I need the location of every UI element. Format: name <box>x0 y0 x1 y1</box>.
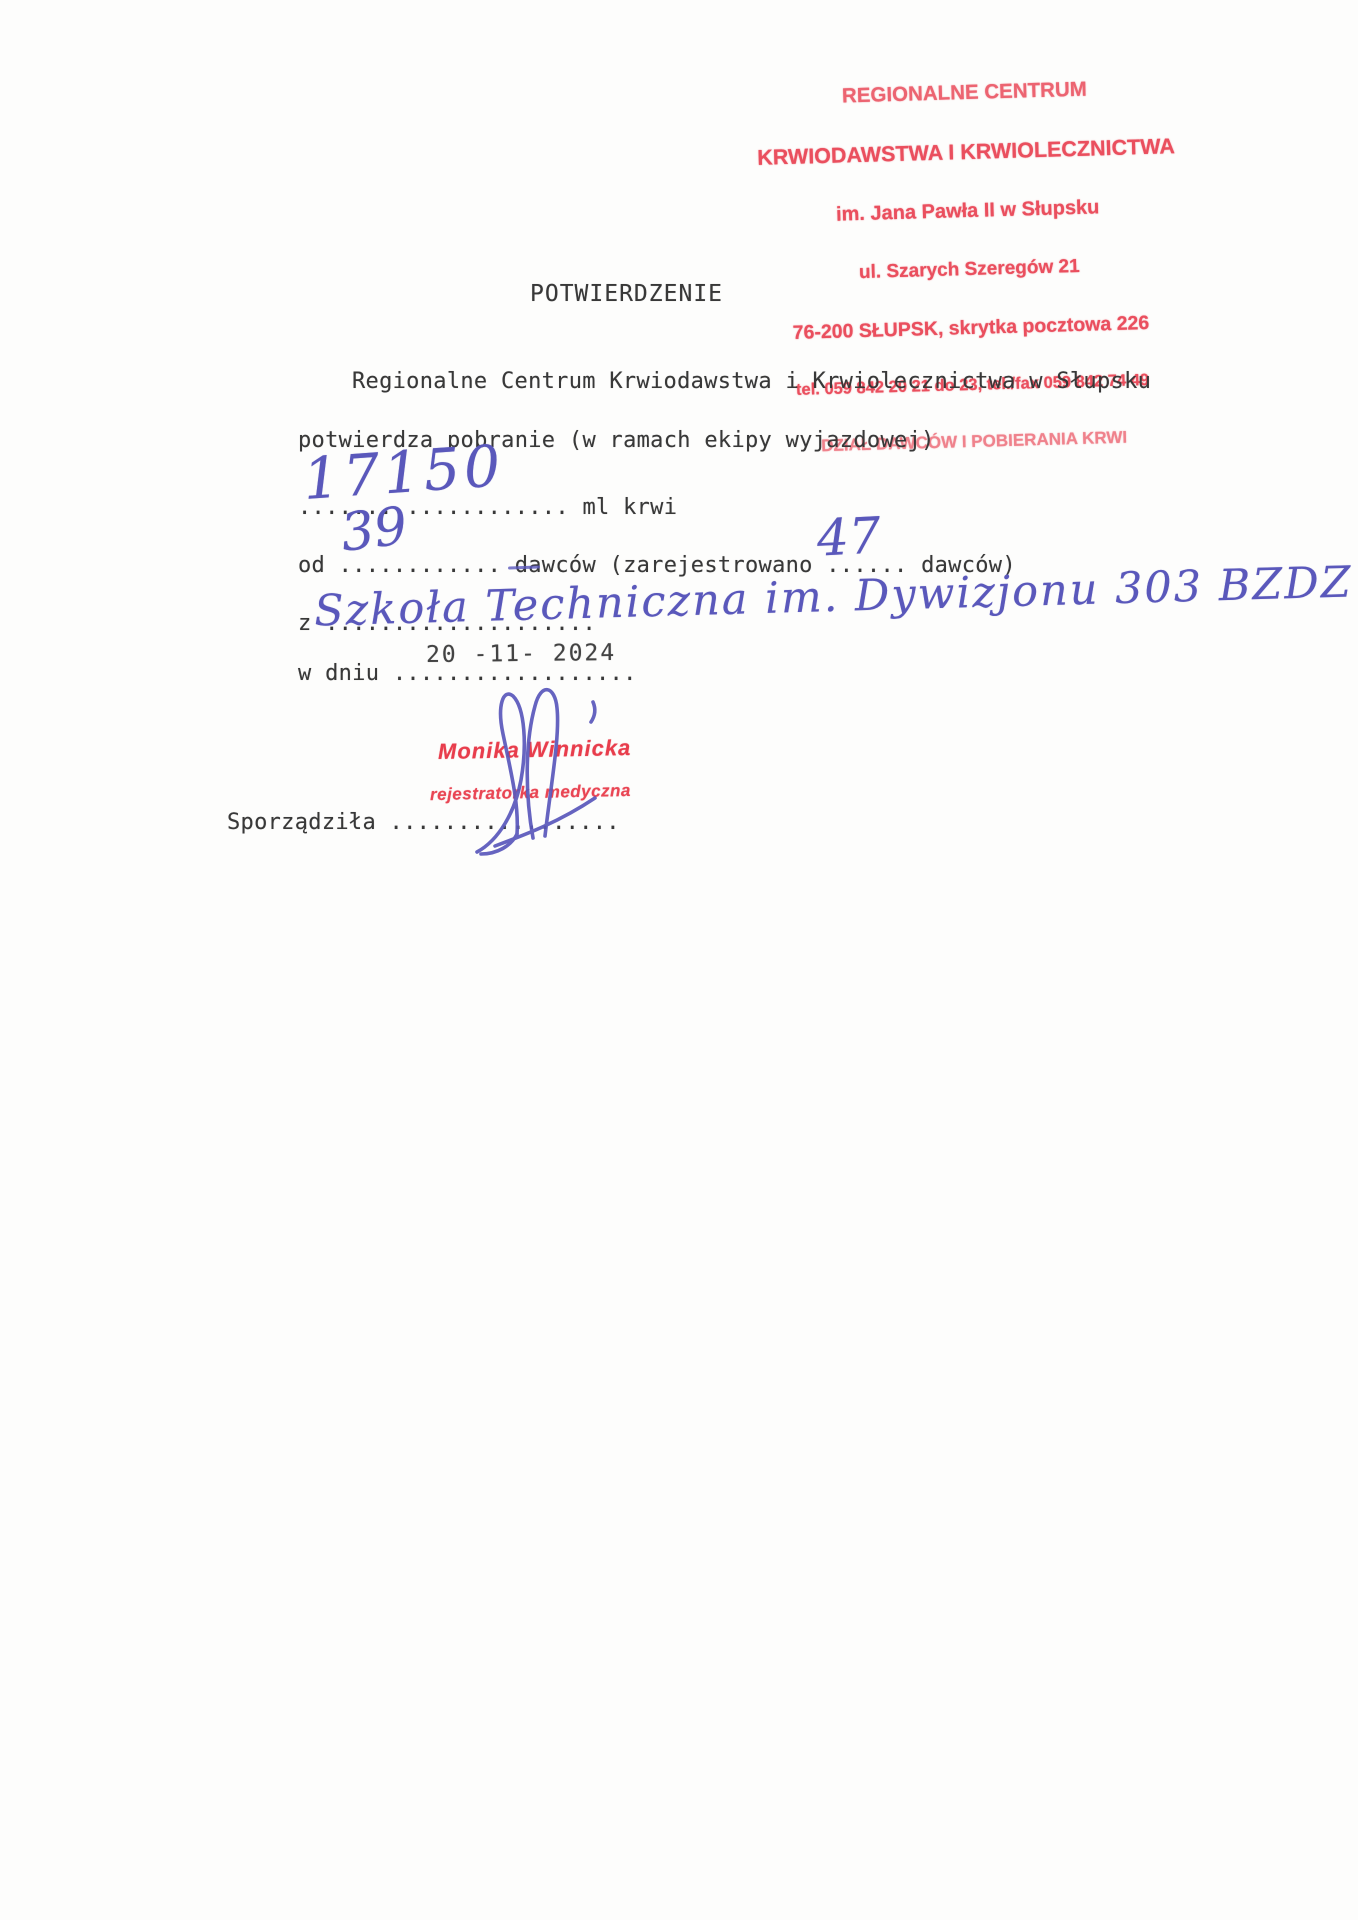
scanned-document-page: { "org_stamp": { "color": "#ea4f5e", "li… <box>0 0 1358 1920</box>
institution-stamp: REGIONALNE CENTRUM KRWIODAWSTWA I KRWIOL… <box>670 38 1268 478</box>
institution-stamp-line: KRWIODAWSTWA I KRWIOLECZNICTWA <box>673 132 1259 172</box>
institution-stamp-line: ul. Szarych Szeregów 21 <box>676 251 1262 289</box>
institution-stamp-line: im. Jana Pawła II w Słupsku <box>674 192 1260 231</box>
institution-stamp-line: 76-200 SŁUPSK, skrytka pocztowa 226 <box>678 309 1264 347</box>
date-stamp: 20 -11- 2024 <box>426 640 616 668</box>
document-title: POTWIERDZENIE <box>530 281 723 307</box>
signature-scribble <box>455 682 635 860</box>
handwritten-registered-count: 47 <box>816 506 883 567</box>
organization-line: Regionalne Centrum Krwiodawstwa i Krwiol… <box>352 369 1151 394</box>
institution-stamp-line: REGIONALNE CENTRUM <box>671 74 1257 112</box>
handwritten-donors-count: 39 <box>338 496 411 564</box>
